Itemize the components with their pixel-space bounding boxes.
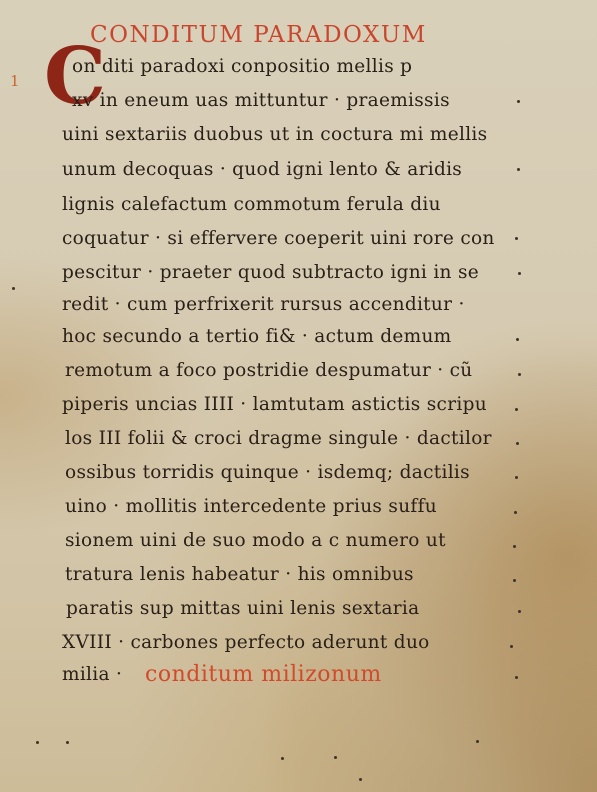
pricking-mark [66,741,69,744]
text-line: redit · cum perfrixerit rursus accenditu… [62,294,465,315]
pricking-mark [513,545,516,548]
text-line: los III folii & croci dragme singule · d… [65,428,492,449]
text-line: remotum a foco postridie despumatur · cũ [65,360,473,381]
text-line: coquatur · si effervere coeperit uini ro… [62,228,495,249]
title-rubric: CONDITUM PARADOXUM [90,22,427,48]
text-line: lignis calefactum commotum ferula diu [62,194,441,215]
pricking-mark [515,676,518,679]
pricking-mark [12,287,15,290]
text-line: uino · mollitis intercedente prius suffu [65,496,437,517]
pricking-mark [517,168,520,171]
pricking-mark [516,338,519,341]
pricking-mark [515,476,518,479]
pricking-mark [510,645,513,648]
pricking-mark [518,373,521,376]
text-line: on diti paradoxi conpositio mellis p [72,56,412,77]
pricking-mark [36,741,39,744]
pricking-mark [359,778,362,781]
manuscript-page: 1 CONDITUM PARADOXUM C on diti paradoxi … [0,0,597,792]
pricking-mark [518,610,521,613]
pricking-mark [515,408,518,411]
pricking-mark [515,237,518,240]
text-line: sionem uini de suo modo a c numero ut [65,530,446,551]
pricking-mark [476,740,479,743]
text-line: ossibus torridis quinque · isdemq; dacti… [65,462,470,483]
text-line: milia · [62,664,122,685]
pricking-mark [513,579,516,582]
pricking-mark [281,757,284,760]
pricking-mark [517,100,520,103]
text-line: tratura lenis habeatur · his omnibus [65,564,414,585]
pricking-mark [334,756,337,759]
text-line: piperis uncias IIII · lamtutam astictis … [62,394,487,415]
text-line: paratis sup mittas uini lenis sextaria [66,598,419,619]
margin-numeral: 1 [10,72,20,90]
text-line: XVIII · carbones perfecto aderunt duo [62,632,430,653]
pricking-mark [518,272,521,275]
text-line: unum decoquas · quod igni lento & aridis [62,159,462,180]
text-line: xv in eneum uas mittuntur · praemissis [72,90,450,111]
text-line: pescitur · praeter quod subtracto igni i… [62,262,479,283]
text-line: uini sextariis duobus ut in coctura mi m… [62,124,487,145]
closing-rubric: conditum milizonum [145,662,382,687]
text-line: hoc secundo a tertio fi& · actum demum [62,326,452,347]
pricking-mark [516,442,519,445]
pricking-mark [514,511,517,514]
